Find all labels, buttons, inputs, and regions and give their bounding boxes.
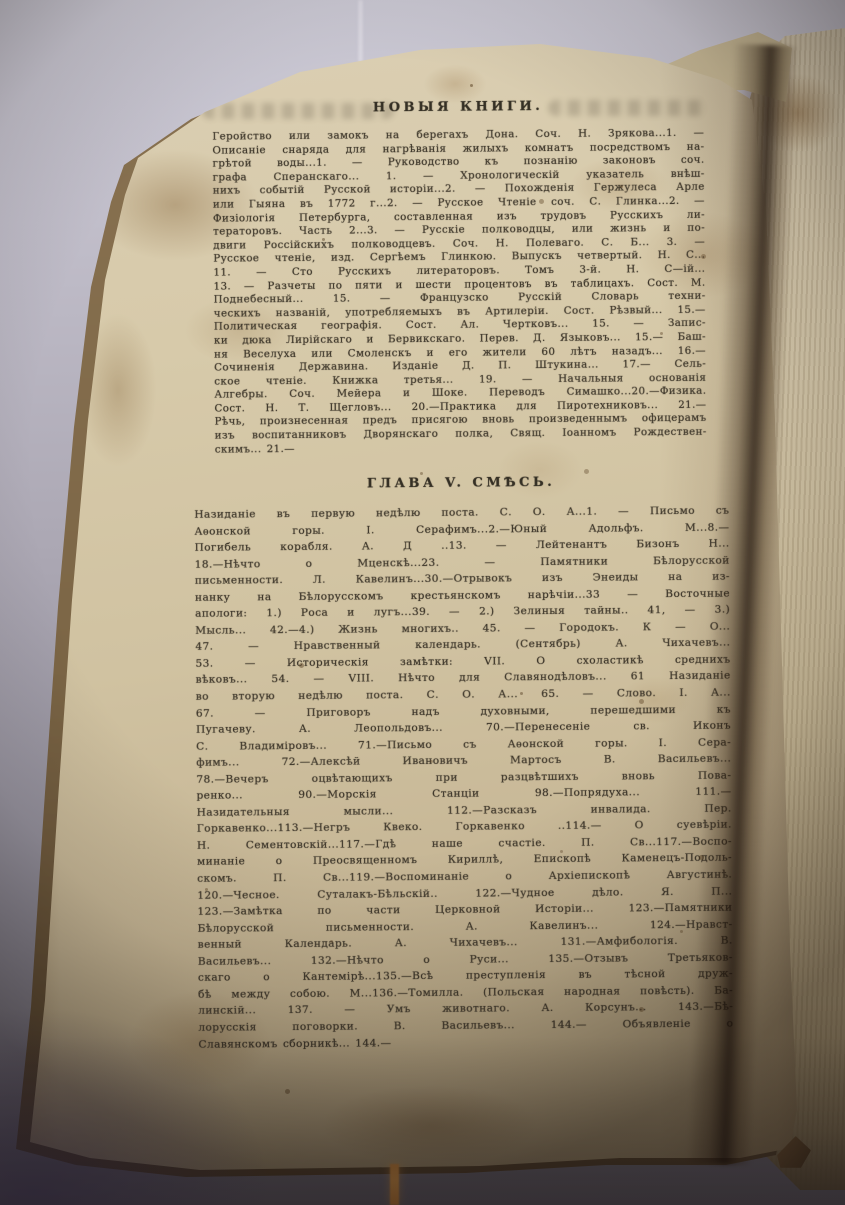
book-photo: НОВЫЯ КНИГИ. Геройство или замокъ на бер… <box>0 0 845 1205</box>
light-streak <box>390 1164 399 1205</box>
toc-paragraph-2: Назиданіе въ первую недѣлю поста. С. О. … <box>194 503 733 1053</box>
chapter-header-glava-v: ГЛАВА V. СМѢСЬ. <box>215 474 707 493</box>
toc-line: Славянскомъ сборникѣ... 144.— <box>198 1032 733 1053</box>
section-header-new-books: НОВЫЯ КНИГИ. <box>212 98 704 117</box>
backdrop-crease-line <box>359 0 362 62</box>
toc-line: скимъ... 21.— <box>215 439 707 456</box>
toc-paragraph-1: Геройство или замокъ на берегахъ Дона. С… <box>212 127 707 457</box>
foxing-specks <box>470 84 473 87</box>
